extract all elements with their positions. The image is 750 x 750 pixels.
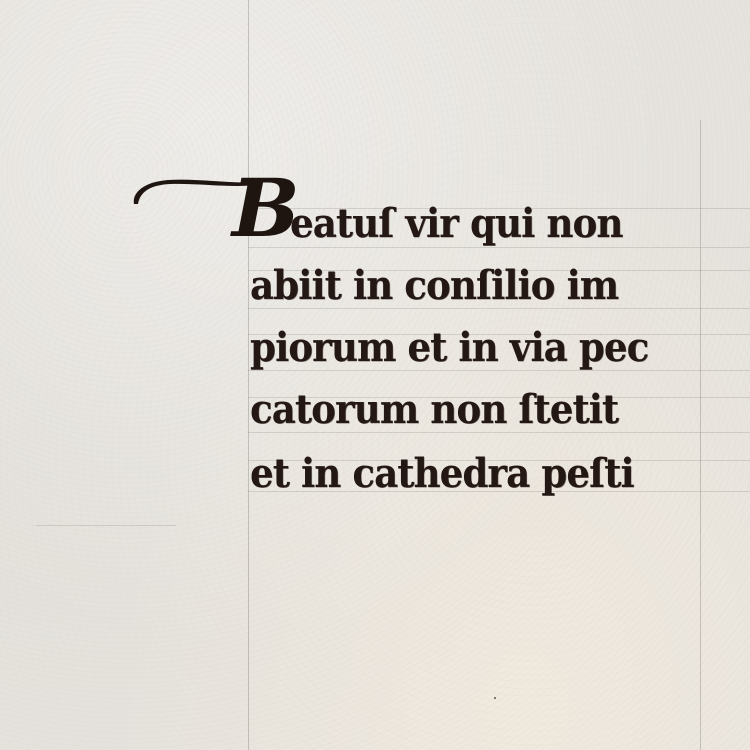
text-line-3: piorum et in via pec — [250, 324, 648, 371]
paper-texture — [0, 0, 750, 750]
left-margin-rule — [248, 0, 249, 750]
text-line-2: abiit in conſilio im — [250, 262, 618, 309]
text-line-4: catorum non ſtetit — [250, 386, 618, 433]
text-line-5: et in cathedra peſti — [250, 450, 634, 497]
text-line-1: eatuſ vir qui non — [290, 200, 622, 247]
ruling-line — [248, 247, 750, 248]
right-margin-rule — [700, 120, 701, 750]
guide-rule — [36, 525, 176, 526]
ink-speck — [494, 697, 496, 699]
